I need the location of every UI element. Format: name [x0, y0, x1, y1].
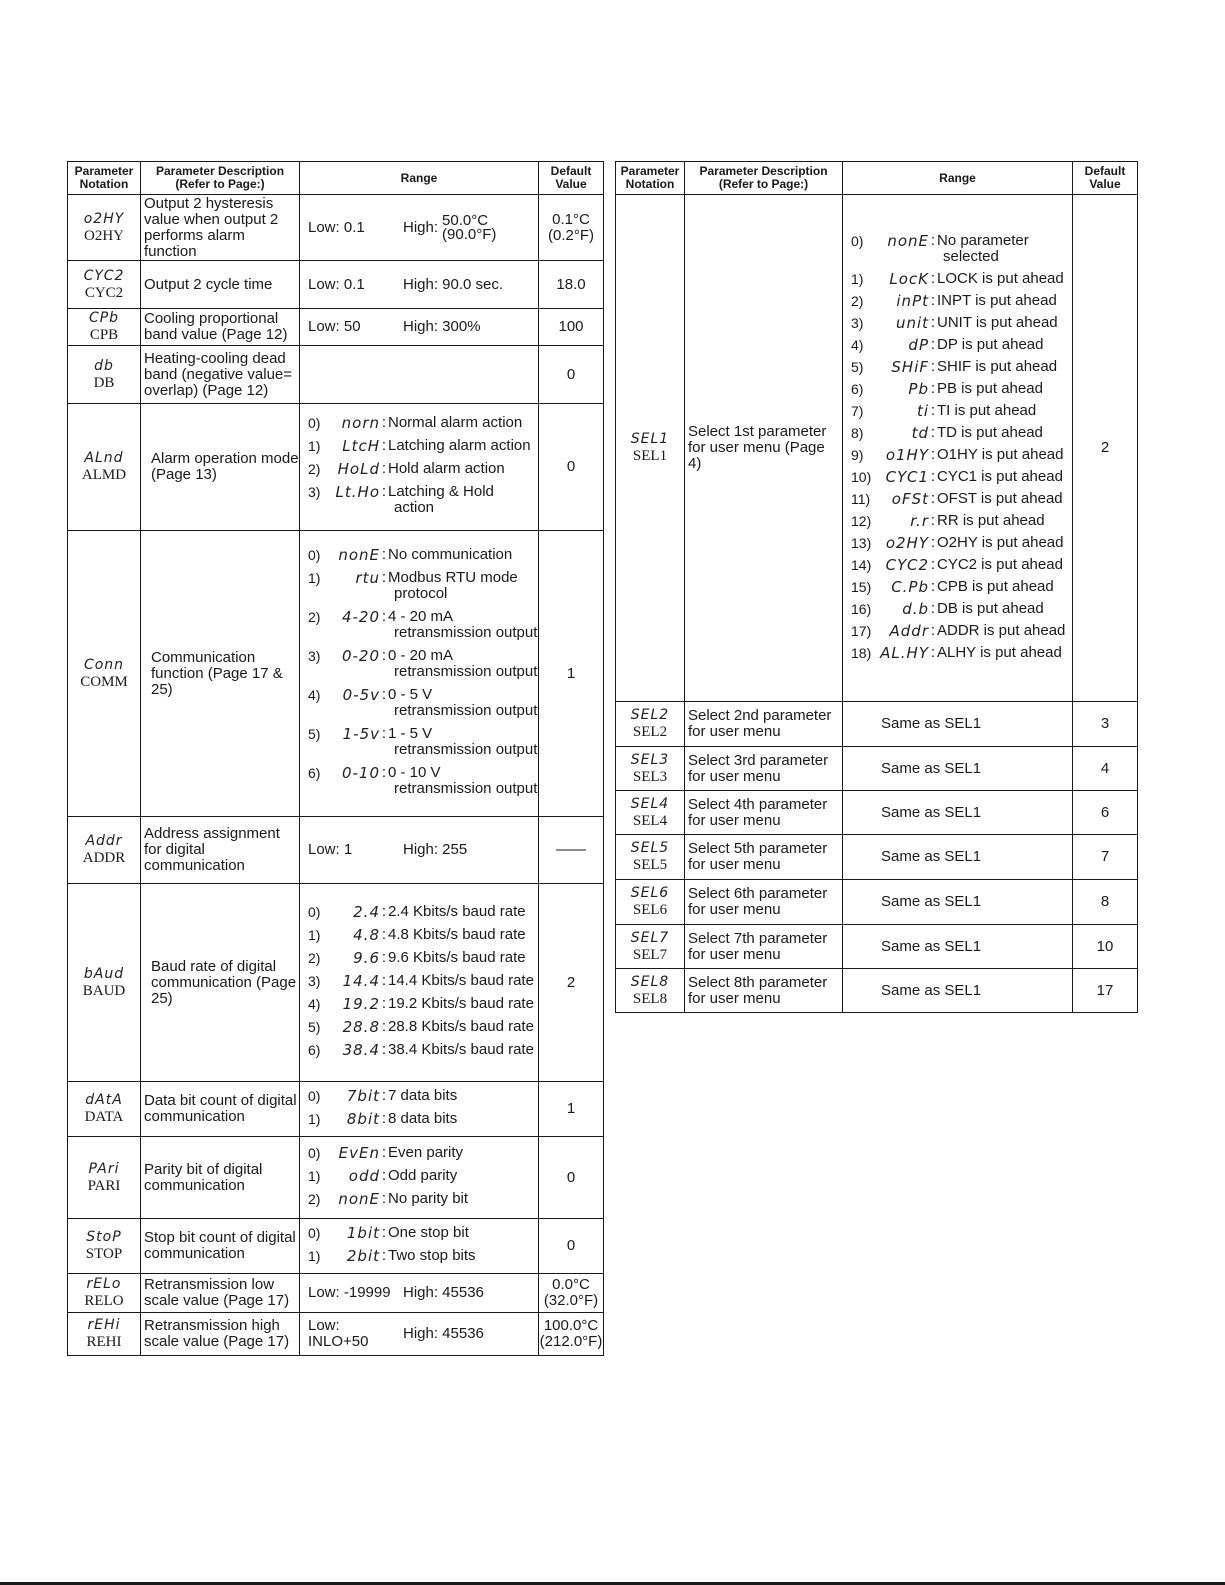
default-value-line: 0.0°C	[552, 1276, 590, 1293]
table-header-row: ParameterNotation Parameter Description(…	[68, 162, 604, 195]
parameter-name: DATA	[68, 1108, 140, 1126]
option-display-code: d.b	[877, 601, 929, 617]
display-code: o2HY	[68, 211, 140, 227]
option-display-code: norn	[328, 415, 380, 431]
default-value: 7	[1073, 835, 1138, 880]
parameter-description: Output 2 hysteresis value when output 2 …	[141, 195, 300, 261]
range-option: 5)28.8:28.8 Kbits/s baud rate	[308, 1019, 538, 1035]
option-index: 18)	[851, 645, 877, 661]
option-text: O1HY is put ahead	[937, 447, 1072, 463]
default-value-line: 1	[567, 1100, 575, 1117]
option-separator: :	[380, 648, 388, 664]
range-high-values: 50.0°C(90.0°F)	[442, 214, 496, 242]
option-separator: :	[929, 271, 937, 287]
parameter-notation: CPbCPB	[68, 309, 141, 346]
parameter-range: Low: -19999High: 45536	[300, 1274, 539, 1313]
range-option: 10)CYC1:CYC1 is put ahead	[851, 469, 1072, 485]
option-text-line1: Normal alarm action	[388, 414, 522, 431]
option-text-line2: retransmission output	[388, 742, 538, 758]
option-text: 4.8 Kbits/s baud rate	[388, 927, 538, 943]
option-separator: :	[929, 381, 937, 397]
default-value-line: 1	[567, 665, 575, 682]
default-value-line: (212.0°F)	[540, 1333, 603, 1350]
option-text-line1: ADDR is put ahead	[937, 622, 1065, 639]
display-code: rEHi	[68, 1317, 140, 1333]
option-text: 0 - 5 Vretransmission output	[388, 687, 538, 719]
display-code: SEL3	[616, 752, 684, 768]
header-notation: ParameterNotation	[616, 162, 685, 195]
range-options: 0)1bit:One stop bit1)2bit:Two stop bits	[308, 1219, 538, 1273]
range-option: 0)norn:Normal alarm action	[308, 415, 538, 431]
option-display-code: unit	[877, 315, 929, 331]
header-description: Parameter Description(Refer to Page:)	[685, 162, 843, 195]
option-text: 0 - 20 mAretransmission output	[388, 648, 538, 680]
range-option: 1)2bit:Two stop bits	[308, 1248, 538, 1264]
range-option: 1)8bit:8 data bits	[308, 1111, 538, 1127]
parameter-description: Select 4th parameter for user menu	[685, 791, 843, 835]
default-value-line: (0.2°F)	[548, 227, 594, 244]
parameter-range: 0)1bit:One stop bit1)2bit:Two stop bits	[300, 1219, 539, 1274]
display-code: CYC2	[68, 268, 140, 284]
parameter-range	[300, 346, 539, 404]
default-value-line: 100.0°C	[544, 1317, 598, 1334]
option-text-line1: 8 data bits	[388, 1110, 457, 1127]
default-value: 1	[539, 1082, 604, 1137]
parameter-notation: dbDB	[68, 346, 141, 404]
option-text: 4 - 20 mAretransmission output	[388, 609, 538, 641]
option-separator: :	[929, 579, 937, 595]
option-display-code: C.Pb	[877, 579, 929, 595]
option-index: 14)	[851, 557, 877, 573]
parameter-table-right: ParameterNotation Parameter Description(…	[615, 161, 1138, 1013]
display-code: SEL8	[616, 974, 684, 990]
parameter-description: Select 1st parameter for user menu (Page…	[685, 195, 843, 702]
parameter-notation: StoPSTOP	[68, 1219, 141, 1274]
option-text: Two stop bits	[388, 1248, 538, 1264]
option-text: Modbus RTU modeprotocol	[388, 570, 538, 602]
option-display-code: dP	[877, 337, 929, 353]
range-high: High:50.0°C(90.0°F)	[403, 214, 496, 242]
range-low-high: Low: INLO+50High: 45536	[308, 1318, 538, 1350]
option-index: 3)	[851, 315, 877, 331]
option-display-code: 0-20	[328, 648, 380, 664]
parameter-notation: rEHiREHI	[68, 1313, 141, 1356]
range-low: Low: -19999	[308, 1285, 403, 1301]
parameter-name: O2HY	[68, 227, 140, 245]
table-row: ConnCOMMCommunication function (Page 17 …	[68, 531, 604, 817]
option-text-line1: 19.2 Kbits/s baud rate	[388, 995, 534, 1012]
option-separator: :	[380, 1168, 388, 1184]
parameter-name: SEL1	[616, 447, 684, 465]
range-low: Low: 0.1	[308, 220, 403, 236]
range-option: 6)Pb:PB is put ahead	[851, 381, 1072, 397]
default-value: 0	[539, 1219, 604, 1274]
parameter-range: Low: 0.1High:50.0°C(90.0°F)	[300, 195, 539, 261]
option-separator: :	[380, 570, 388, 586]
option-text-line1: PB is put ahead	[937, 380, 1043, 397]
option-index: 0)	[308, 547, 328, 563]
parameter-range: Same as SEL1	[843, 969, 1073, 1013]
display-code: rELo	[68, 1276, 140, 1292]
option-separator: :	[929, 403, 937, 419]
option-text: CPB is put ahead	[937, 579, 1072, 595]
default-value-line: 0	[567, 458, 575, 475]
option-separator: :	[380, 415, 388, 431]
default-value: 0.0°C(32.0°F)	[539, 1274, 604, 1313]
option-text-line1: 1 - 5 V	[388, 725, 432, 742]
parameter-name: SEL8	[616, 990, 684, 1008]
table-row: PAriPARIParity bit of digital communicat…	[68, 1137, 604, 1219]
header-default: DefaultValue	[1073, 162, 1138, 195]
parameter-description: Select 3rd parameter for user menu	[685, 747, 843, 791]
option-separator: :	[380, 927, 388, 943]
range-low-high: Low: 0.1High:50.0°C(90.0°F)	[308, 214, 538, 242]
display-code: PAri	[68, 1161, 140, 1177]
default-value-line: 0	[567, 366, 575, 383]
parameter-range: Same as SEL1	[843, 791, 1073, 835]
header-range: Range	[300, 162, 539, 195]
option-text-line1: One stop bit	[388, 1224, 469, 1241]
display-code: ALnd	[68, 450, 140, 466]
option-text: No parameterselected	[937, 233, 1072, 265]
range-option: 12)r.r:RR is put ahead	[851, 513, 1072, 529]
option-display-code: o2HY	[877, 535, 929, 551]
table-row: SEL5SEL5Select 5th parameter for user me…	[616, 835, 1138, 880]
display-code: bAud	[68, 966, 140, 982]
parameter-notation: o2HYO2HY	[68, 195, 141, 261]
parameter-description: Select 6th parameter for user menu	[685, 880, 843, 925]
option-index: 5)	[308, 726, 328, 742]
parameter-name: SEL6	[616, 901, 684, 919]
range-option: 9)o1HY:O1HY is put ahead	[851, 447, 1072, 463]
option-text: CYC2 is put ahead	[937, 557, 1072, 573]
option-text: 19.2 Kbits/s baud rate	[388, 996, 538, 1012]
header-description: Parameter Description(Refer to Page:)	[141, 162, 300, 195]
default-value: ——	[539, 817, 604, 884]
option-text-line1: UNIT is put ahead	[937, 314, 1058, 331]
option-text-line1: Two stop bits	[388, 1247, 476, 1264]
option-separator: :	[380, 1042, 388, 1058]
default-value-line: ——	[556, 841, 586, 858]
range-options: 0)nonE:No parameterselected1)LocK:LOCK i…	[851, 228, 1072, 669]
option-separator: :	[380, 484, 388, 500]
option-index: 4)	[308, 687, 328, 703]
parameter-name: PARI	[68, 1177, 140, 1195]
option-text-line2: retransmission output	[388, 703, 538, 719]
range-option: 2)4-20:4 - 20 mAretransmission output	[308, 609, 538, 641]
option-index: 1)	[308, 438, 328, 454]
option-display-code: AL.HY	[877, 645, 929, 661]
option-text-line1: 38.4 Kbits/s baud rate	[388, 1041, 534, 1058]
option-text-line1: Modbus RTU mode	[388, 569, 518, 586]
header-default: DefaultValue	[539, 162, 604, 195]
display-code: Addr	[68, 833, 140, 849]
option-separator: :	[380, 1191, 388, 1207]
range-high-label: High:	[403, 220, 438, 236]
option-text: SHIF is put ahead	[937, 359, 1072, 375]
option-text: OFST is put ahead	[937, 491, 1072, 507]
default-value: 100.0°C(212.0°F)	[539, 1313, 604, 1356]
option-display-code: 19.2	[328, 996, 380, 1012]
option-separator: :	[929, 233, 937, 249]
option-display-code: 14.4	[328, 973, 380, 989]
option-index: 0)	[308, 904, 328, 920]
option-separator: :	[929, 645, 937, 661]
parameter-name: ALMD	[68, 466, 140, 484]
parameter-name: BAUD	[68, 982, 140, 1000]
option-separator: :	[380, 1225, 388, 1241]
option-display-code: EvEn	[328, 1145, 380, 1161]
default-value-line: 2	[567, 974, 575, 991]
option-index: 12)	[851, 513, 877, 529]
parameter-name: CYC2	[68, 284, 140, 302]
default-value: 100	[539, 309, 604, 346]
option-text-line1: 4 - 20 mA	[388, 608, 453, 625]
default-value-line: (32.0°F)	[544, 1292, 598, 1309]
default-value-line: 18.0	[556, 276, 585, 293]
option-text-line1: 0 - 10 V	[388, 764, 441, 781]
parameter-name: REHI	[68, 1333, 140, 1351]
option-index: 1)	[308, 1248, 328, 1264]
option-text: Normal alarm action	[388, 415, 538, 431]
parameter-notation: ALndALMD	[68, 404, 141, 531]
option-index: 0)	[308, 415, 328, 431]
range-option: 3)0-20:0 - 20 mAretransmission output	[308, 648, 538, 680]
parameter-range: 0)nonE:No parameterselected1)LocK:LOCK i…	[843, 195, 1073, 702]
parameter-description: Select 8th parameter for user menu	[685, 969, 843, 1013]
option-text: One stop bit	[388, 1225, 538, 1241]
option-index: 0)	[851, 233, 877, 249]
table-row: o2HYO2HYOutput 2 hysteresis value when o…	[68, 195, 604, 261]
option-text: 28.8 Kbits/s baud rate	[388, 1019, 538, 1035]
range-low-high: Low: 50High: 300%	[308, 319, 538, 335]
option-separator: :	[929, 491, 937, 507]
option-text-line1: 0 - 5 V	[388, 686, 432, 703]
option-text-line1: O2HY is put ahead	[937, 534, 1063, 551]
option-separator: :	[380, 996, 388, 1012]
option-text-line2: retransmission output	[388, 664, 538, 680]
table-row: dbDBHeating-cooling dead band (negative …	[68, 346, 604, 404]
option-separator: :	[929, 535, 937, 551]
parameter-range: Same as SEL1	[843, 880, 1073, 925]
range-high-value: (90.0°F)	[442, 228, 496, 242]
option-display-code: SHiF	[877, 359, 929, 375]
default-value: 6	[1073, 791, 1138, 835]
parameter-notation: dAtADATA	[68, 1082, 141, 1137]
display-code: dAtA	[68, 1092, 140, 1108]
display-code: Conn	[68, 657, 140, 673]
default-value: 0	[539, 404, 604, 531]
option-index: 10)	[851, 469, 877, 485]
option-text: 0 - 10 Vretransmission output	[388, 765, 538, 797]
parameter-notation: SEL1SEL1	[616, 195, 685, 702]
option-text-line1: 14.4 Kbits/s baud rate	[388, 972, 534, 989]
table-row: bAudBAUDBaud rate of digital communicati…	[68, 884, 604, 1082]
table-row: SEL1SEL1Select 1st parameter for user me…	[616, 195, 1138, 702]
range-high: High: 255	[403, 842, 467, 858]
option-display-code: CYC2	[877, 557, 929, 573]
option-separator: :	[929, 557, 937, 573]
range-option: 15)C.Pb:CPB is put ahead	[851, 579, 1072, 595]
option-index: 6)	[308, 765, 328, 781]
range-high: High: 90.0 sec.	[403, 277, 503, 293]
parameter-range: Same as SEL1	[843, 835, 1073, 880]
option-text-line1: No communication	[388, 546, 512, 563]
range-option: 17)Addr:ADDR is put ahead	[851, 623, 1072, 639]
option-text-line2: protocol	[388, 586, 538, 602]
option-separator: :	[380, 1088, 388, 1104]
option-text: ALHY is put ahead	[937, 645, 1072, 661]
parameter-name: STOP	[68, 1245, 140, 1263]
option-text-line1: SHIF is put ahead	[937, 358, 1057, 375]
table-row: CYC2CYC2Output 2 cycle timeLow: 0.1High:…	[68, 261, 604, 309]
option-index: 3)	[308, 484, 328, 500]
range-option: 13)o2HY:O2HY is put ahead	[851, 535, 1072, 551]
parameter-range: 0)2.4:2.4 Kbits/s baud rate1)4.8:4.8 Kbi…	[300, 884, 539, 1082]
parameter-notation: SEL7SEL7	[616, 925, 685, 969]
option-display-code: nonE	[328, 547, 380, 563]
table-row: SEL6SEL6Select 6th parameter for user me…	[616, 880, 1138, 925]
parameter-range: 0)norn:Normal alarm action1)LtcH:Latchin…	[300, 404, 539, 531]
option-separator: :	[380, 1248, 388, 1264]
range-option: 2)inPt:INPT is put ahead	[851, 293, 1072, 309]
range-options: 0)7bit:7 data bits1)8bit:8 data bits	[308, 1082, 538, 1136]
parameter-range: Low: 1High: 255	[300, 817, 539, 884]
option-index: 11)	[851, 491, 877, 507]
option-display-code: td	[877, 425, 929, 441]
parameter-description: Cooling proportional band value (Page 12…	[141, 309, 300, 346]
parameter-name: CPB	[68, 326, 140, 344]
parameter-range: 0)nonE:No communication1)rtu:Modbus RTU …	[300, 531, 539, 817]
option-text: 7 data bits	[388, 1088, 538, 1104]
option-display-code: 1bit	[328, 1225, 380, 1241]
range-option: 8)td:TD is put ahead	[851, 425, 1072, 441]
display-code: SEL5	[616, 840, 684, 856]
display-code: StoP	[68, 1229, 140, 1245]
option-text-line2: retransmission output	[388, 625, 538, 641]
option-separator: :	[380, 461, 388, 477]
option-text: DB is put ahead	[937, 601, 1072, 617]
parameter-notation: SEL4SEL4	[616, 791, 685, 835]
range-option: 4)dP:DP is put ahead	[851, 337, 1072, 353]
option-separator: :	[929, 469, 937, 485]
option-text-line1: Latching & Hold	[388, 483, 494, 500]
option-index: 16)	[851, 601, 877, 617]
table-row: AddrADDRAddress assignment for digital c…	[68, 817, 604, 884]
display-code: CPb	[68, 310, 140, 326]
parameter-name: RELO	[68, 1292, 140, 1310]
option-text: No communication	[388, 547, 538, 563]
parameter-notation: SEL8SEL8	[616, 969, 685, 1013]
range-option: 1)4.8:4.8 Kbits/s baud rate	[308, 927, 538, 943]
option-display-code: 28.8	[328, 1019, 380, 1035]
option-text-line1: CYC1 is put ahead	[937, 468, 1063, 485]
range-option: 14)CYC2:CYC2 is put ahead	[851, 557, 1072, 573]
option-separator: :	[380, 950, 388, 966]
option-display-code: 8bit	[328, 1111, 380, 1127]
parameter-notation: PAriPARI	[68, 1137, 141, 1219]
option-display-code: HoLd	[328, 461, 380, 477]
option-index: 17)	[851, 623, 877, 639]
option-index: 6)	[308, 1042, 328, 1058]
parameter-description: Retransmission high scale value (Page 17…	[141, 1313, 300, 1356]
option-text: O2HY is put ahead	[937, 535, 1072, 551]
option-separator: :	[929, 601, 937, 617]
option-index: 0)	[308, 1145, 328, 1161]
parameter-range: Low: 50High: 300%	[300, 309, 539, 346]
option-separator: :	[380, 547, 388, 563]
range-option: 2)nonE:No parity bit	[308, 1191, 538, 1207]
option-index: 2)	[308, 461, 328, 477]
range-option: 0)nonE:No parameterselected	[851, 233, 1072, 265]
default-value-line: 0.1°C	[552, 211, 590, 228]
option-text-line2: selected	[937, 249, 1072, 265]
parameter-name: DB	[68, 374, 140, 392]
table-row: rELoRELORetransmission low scale value (…	[68, 1274, 604, 1313]
option-text: 2.4 Kbits/s baud rate	[388, 904, 538, 920]
option-display-code: inPt	[877, 293, 929, 309]
option-index: 6)	[851, 381, 877, 397]
parameter-name: SEL4	[616, 812, 684, 830]
display-code: SEL7	[616, 930, 684, 946]
range-option: 4)19.2:19.2 Kbits/s baud rate	[308, 996, 538, 1012]
range-option: 0)1bit:One stop bit	[308, 1225, 538, 1241]
table-row: SEL8SEL8Select 8th parameter for user me…	[616, 969, 1138, 1013]
range-option: 1)odd:Odd parity	[308, 1168, 538, 1184]
option-text: UNIT is put ahead	[937, 315, 1072, 331]
option-text: RR is put ahead	[937, 513, 1072, 529]
range-low-high: Low: -19999High: 45536	[308, 1285, 538, 1301]
option-display-code: Addr	[877, 623, 929, 639]
range-low: Low: 0.1	[308, 277, 403, 293]
parameter-name: SEL7	[616, 946, 684, 964]
option-display-code: 4-20	[328, 609, 380, 625]
default-value: 0	[539, 1137, 604, 1219]
default-value: 17	[1073, 969, 1138, 1013]
option-text-line1: No parity bit	[388, 1190, 468, 1207]
default-value: 10	[1073, 925, 1138, 969]
range-options: 0)nonE:No communication1)rtu:Modbus RTU …	[308, 541, 538, 806]
range-option: 1)LocK:LOCK is put ahead	[851, 271, 1072, 287]
option-index: 0)	[308, 1225, 328, 1241]
option-text-line1: DP is put ahead	[937, 336, 1043, 353]
range-options: 0)norn:Normal alarm action1)LtcH:Latchin…	[308, 409, 538, 525]
table-row: SEL7SEL7Select 7th parameter for user me…	[616, 925, 1138, 969]
parameter-notation: SEL5SEL5	[616, 835, 685, 880]
default-value: 2	[539, 884, 604, 1082]
parameter-notation: rELoRELO	[68, 1274, 141, 1313]
range-option: 2)9.6:9.6 Kbits/s baud rate	[308, 950, 538, 966]
table-row: rEHiREHIRetransmission high scale value …	[68, 1313, 604, 1356]
option-separator: :	[929, 623, 937, 639]
default-value: 8	[1073, 880, 1138, 925]
option-index: 9)	[851, 447, 877, 463]
header-range: Range	[843, 162, 1073, 195]
range-high: High: 300%	[403, 319, 481, 335]
parameter-notation: bAudBAUD	[68, 884, 141, 1082]
option-separator: :	[380, 973, 388, 989]
table-row: SEL2SEL2Select 2nd parameter for user me…	[616, 702, 1138, 747]
parameter-range: Same as SEL1	[843, 925, 1073, 969]
parameter-range: 0)7bit:7 data bits1)8bit:8 data bits	[300, 1082, 539, 1137]
option-display-code: ti	[877, 403, 929, 419]
parameter-name: COMM	[68, 673, 140, 691]
default-value: 4	[1073, 747, 1138, 791]
header-notation: ParameterNotation	[68, 162, 141, 195]
option-text: PB is put ahead	[937, 381, 1072, 397]
option-text: 38.4 Kbits/s baud rate	[388, 1042, 538, 1058]
option-separator: :	[380, 726, 388, 742]
